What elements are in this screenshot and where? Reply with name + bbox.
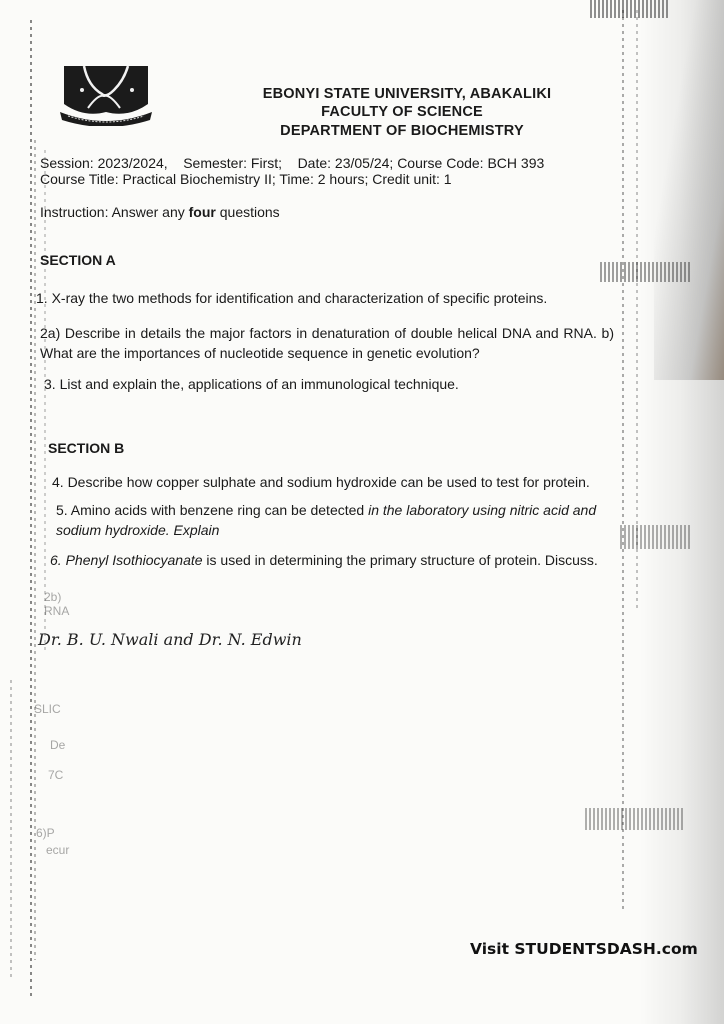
question-5: 5. Amino acids with benzene ring can be … (56, 500, 612, 540)
instruction: Instruction: Answer any four questions (40, 204, 280, 220)
instruction-emphasis: four (189, 204, 216, 220)
scan-streak (30, 20, 32, 1000)
scan-streak (44, 150, 46, 650)
question-6: 6. Phenyl Isothiocyanate is used in dete… (50, 550, 614, 570)
ghost-text: ecur (46, 843, 69, 857)
question-4: 4. Describe how copper sulphate and sodi… (52, 472, 622, 492)
question-6-italic: 6. Phenyl Isothiocyanate (50, 552, 203, 568)
examiner-signature: Dr. B. U. Nwali and Dr. N. Edwin (38, 630, 302, 649)
page-fold-shadow (654, 0, 724, 380)
section-a-title: SECTION A (40, 252, 116, 268)
instruction-prefix: Instruction: Answer any (40, 204, 189, 220)
question-2: 2a) Describe in details the major factor… (40, 323, 614, 363)
scan-noise (585, 808, 685, 830)
ghost-text: RNA (44, 604, 69, 618)
scan-noise (590, 0, 670, 18)
question-5-plain: 5. Amino acids with benzene ring can be … (56, 502, 368, 518)
section-b-title: SECTION B (48, 440, 124, 456)
ghost-text: 6)P (36, 826, 55, 840)
ghost-text: 2b) (44, 590, 61, 604)
question-3: 3. List and explain the, applications of… (44, 374, 604, 394)
watermark: Visit STUDENTSDASH.com (470, 940, 698, 958)
ghost-text: De (50, 738, 65, 752)
scan-streak (10, 680, 12, 980)
scan-noise (620, 525, 690, 549)
ghost-text: SLIC (34, 702, 61, 716)
course-title-line: Course Title: Practical Biochemistry II;… (40, 171, 452, 187)
exam-paper: EBONYI STATE UNIVERSITY, ABAKALIKI FACUL… (0, 0, 724, 1024)
session-line: Session: 2023/2024, Semester: First; Dat… (40, 155, 544, 171)
faculty-name: FACULTY OF SCIENCE (0, 104, 724, 120)
ghost-text: 7C (48, 768, 63, 782)
question-1: 1. X-ray the two methods for identificat… (36, 288, 616, 308)
question-6-plain: is used in determining the primary struc… (203, 552, 598, 568)
department-name: DEPARTMENT OF BIOCHEMISTRY (0, 123, 724, 139)
scan-noise (600, 262, 690, 282)
instruction-suffix: questions (216, 204, 280, 220)
scan-streak (622, 10, 624, 910)
university-name: EBONYI STATE UNIVERSITY, ABAKALIKI (0, 86, 724, 102)
